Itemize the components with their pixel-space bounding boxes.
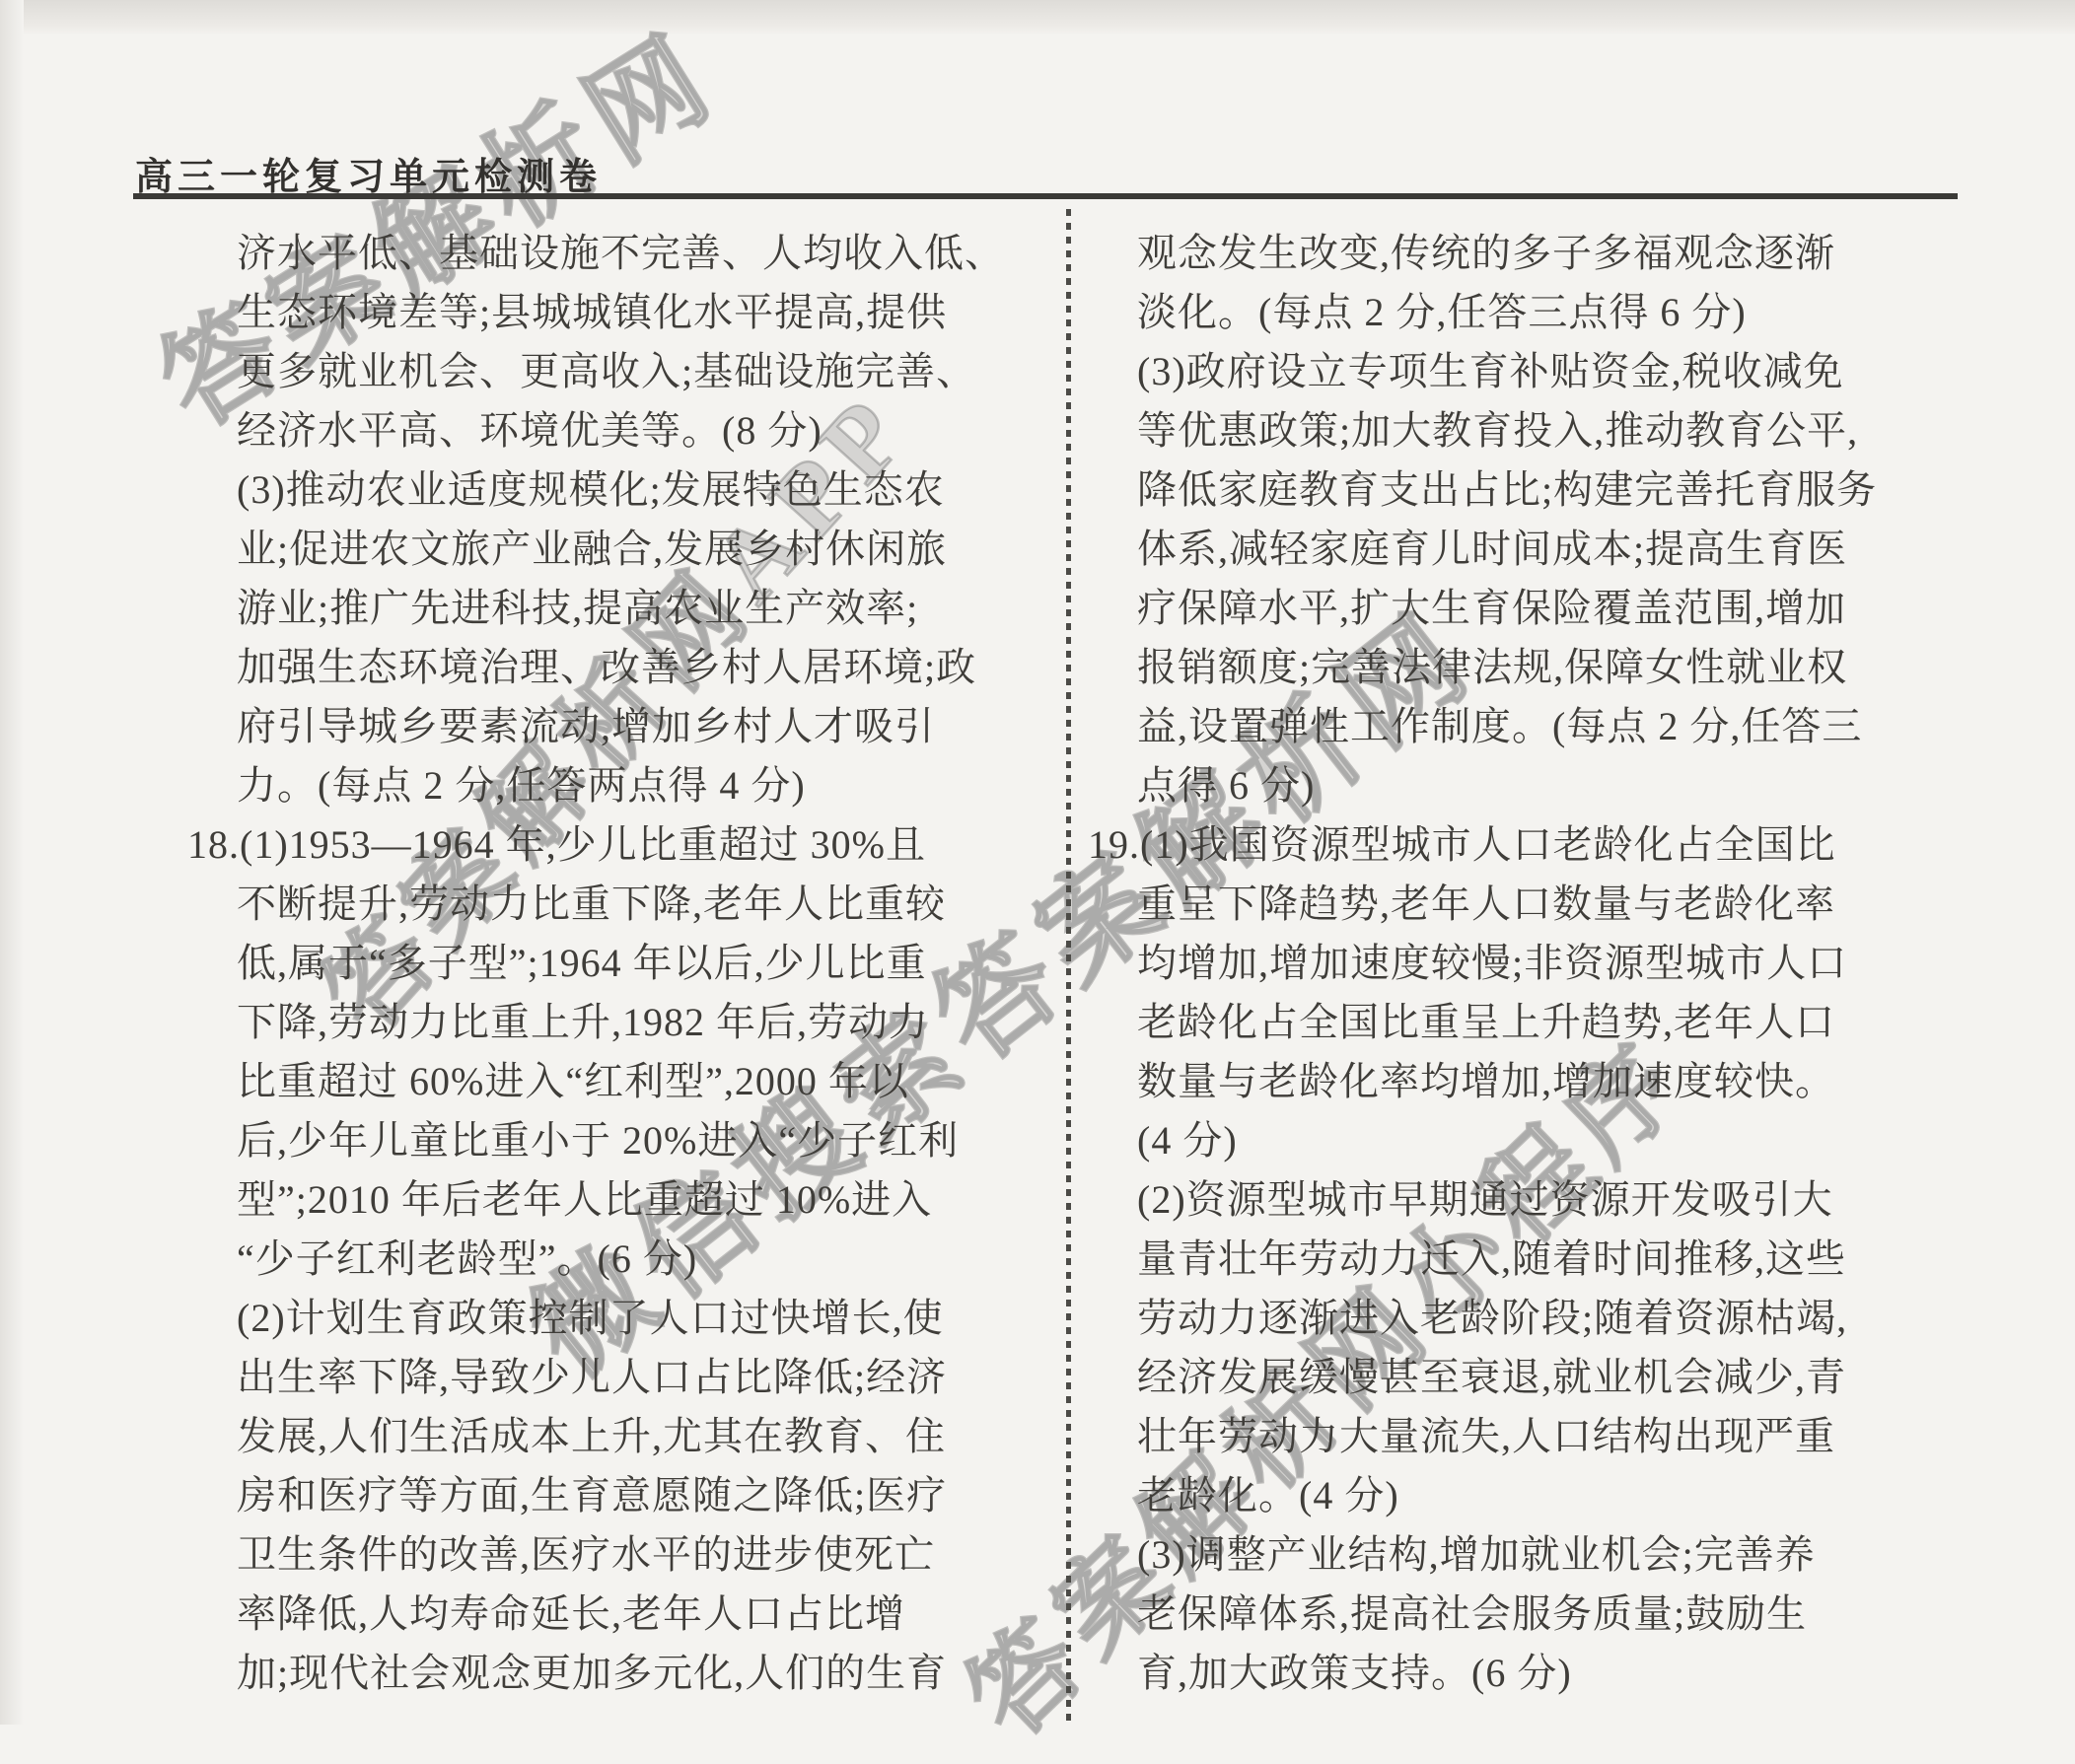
text-line: (4 分) <box>1088 1111 1975 1170</box>
text-line: (2)资源型城市早期通过资源开发吸引大 <box>1088 1170 1975 1230</box>
text-line: “少子红利老龄型”。(6 分) <box>187 1230 1036 1289</box>
text-line: 18.(1)1953—1964 年,少儿比重超过 30%且 <box>187 815 1036 875</box>
text-line: 点得 6 分) <box>1088 756 1975 815</box>
text-line: 业;促进农文旅产业融合,发展乡村休闲旅 <box>187 520 1036 579</box>
text-line: 比重超过 60%进入“红利型”,2000 年以 <box>187 1052 1036 1111</box>
text-line: 率降低,人均寿命延长,老年人口占比增 <box>187 1585 1036 1644</box>
text-line: (3)推动农业适度规模化;发展特色生态农 <box>187 460 1036 520</box>
text-line: 均增加,增加速度较慢;非资源型城市人口 <box>1088 934 1975 993</box>
text-line: 型”;2010 年后老年人比重超过 10%进入 <box>187 1170 1036 1230</box>
text-line: 更多就业机会、更高收入;基础设施完善、 <box>187 342 1036 401</box>
header-rule <box>133 193 1958 199</box>
text-line: 不断提升,劳动力比重下降,老年人比重较 <box>187 875 1036 934</box>
scan-edge-top <box>0 0 2075 35</box>
text-line: 疗保障水平,扩大生育保险覆盖范围,增加 <box>1088 579 1975 638</box>
text-line: 益,设置弹性工作制度。(每点 2 分,任答三 <box>1088 697 1975 756</box>
text-line: 报销额度;完善法律法规,保障女性就业权 <box>1088 638 1975 697</box>
column-divider <box>1066 209 1071 1725</box>
text-line: 老龄化占全国比重呈上升趋势,老年人口 <box>1088 993 1975 1052</box>
text-line: (3)政府设立专项生育补贴资金,税收减免 <box>1088 342 1975 401</box>
text-line: 力。(每点 2 分,任答两点得 4 分) <box>187 756 1036 815</box>
text-line: 加;现代社会观念更加多元化,人们的生育 <box>187 1644 1036 1703</box>
text-line: 加强生态环境治理、改善乡村人居环境;政 <box>187 638 1036 697</box>
text-line: 房和医疗等方面,生育意愿随之降低;医疗 <box>187 1466 1036 1525</box>
text-line: 济水平低、基础设施不完善、人均收入低、 <box>187 224 1036 283</box>
text-line: 劳动力逐渐进入老龄阶段;随着资源枯竭, <box>1088 1289 1975 1348</box>
text-line: 重呈下降趋势,老年人口数量与老龄化率 <box>1088 875 1975 934</box>
text-line: 出生率下降,导致少儿人口占比降低;经济 <box>187 1348 1036 1407</box>
text-line: 府引导城乡要素流动,增加乡村人才吸引 <box>187 697 1036 756</box>
text-line: 发展,人们生活成本上升,尤其在教育、住 <box>187 1407 1036 1466</box>
scanned-answer-page: 答案解析网答案解析网APP微信搜索答案解析网答案解析网小程序 高三一轮复习单元检… <box>0 0 2075 1725</box>
text-line: 低,属于“多子型”;1964 年以后,少儿比重 <box>187 934 1036 993</box>
text-line: 量青壮年劳动力迁入,随着时间推移,这些 <box>1088 1230 1975 1289</box>
answer-column-right: 观念发生改变,传统的多子多福观念逐渐淡化。(每点 2 分,任答三点得 6 分)(… <box>1088 224 1975 1703</box>
text-line: 降低家庭教育支出占比;构建完善托育服务 <box>1088 460 1975 520</box>
text-line: 卫生条件的改善,医疗水平的进步使死亡 <box>187 1525 1036 1585</box>
text-line: 老龄化。(4 分) <box>1088 1466 1975 1525</box>
text-line: 育,加大政策支持。(6 分) <box>1088 1644 1975 1703</box>
text-line: 游业;推广先进科技,提高农业生产效率; <box>187 579 1036 638</box>
text-line: 生态环境差等;县城城镇化水平提高,提供 <box>187 283 1036 342</box>
text-line: (3)调整产业结构,增加就业机会;完善养 <box>1088 1525 1975 1585</box>
text-line: 数量与老龄化率均增加,增加速度较快。 <box>1088 1052 1975 1111</box>
text-line: 后,少年儿童比重小于 20%进入“少子红利 <box>187 1111 1036 1170</box>
page-title: 高三一轮复习单元检测卷 <box>135 146 602 200</box>
text-line: 体系,减轻家庭育儿时间成本;提高生育医 <box>1088 520 1975 579</box>
text-line: 壮年劳动力大量流失,人口结构出现严重 <box>1088 1407 1975 1466</box>
scan-edge-left <box>0 0 24 1725</box>
text-line: 下降,劳动力比重上升,1982 年后,劳动力 <box>187 993 1036 1052</box>
text-line: 经济水平高、环境优美等。(8 分) <box>187 401 1036 460</box>
text-line: 观念发生改变,传统的多子多福观念逐渐 <box>1088 224 1975 283</box>
text-line: 经济发展缓慢甚至衰退,就业机会减少,青 <box>1088 1348 1975 1407</box>
text-line: 老保障体系,提高社会服务质量;鼓励生 <box>1088 1585 1975 1644</box>
text-line: 19.(1)我国资源型城市人口老龄化占全国比 <box>1088 815 1975 875</box>
answer-column-left: 济水平低、基础设施不完善、人均收入低、生态环境差等;县城城镇化水平提高,提供更多… <box>187 224 1036 1703</box>
text-line: (2)计划生育政策控制了人口过快增长,使 <box>187 1289 1036 1348</box>
text-line: 淡化。(每点 2 分,任答三点得 6 分) <box>1088 283 1975 342</box>
text-line: 等优惠政策;加大教育投入,推动教育公平, <box>1088 401 1975 460</box>
